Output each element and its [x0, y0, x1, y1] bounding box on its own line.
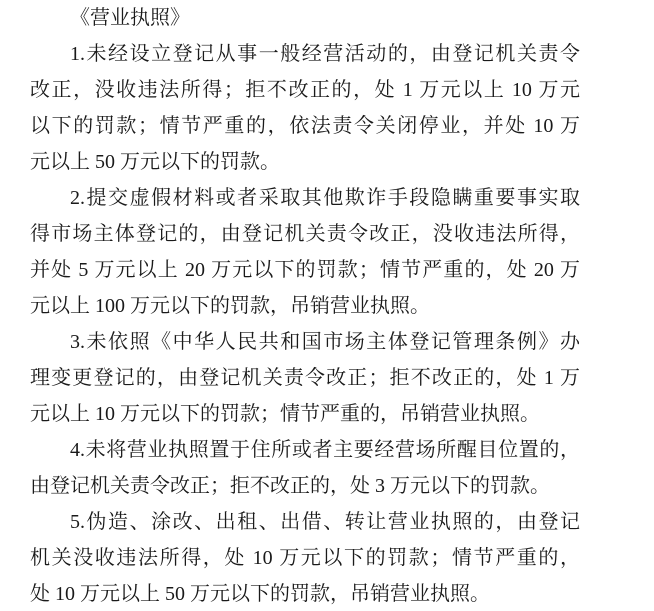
text-line: 元以上 50 万元以下的罚款。: [30, 144, 580, 180]
text-line: 5.伪造、涂改、出租、出借、转让营业执照的，由登记: [30, 504, 580, 540]
text-line: 处 10 万元以上 50 万元以下的罚款，吊销营业执照。: [30, 576, 580, 611]
text-line: 2.提交虚假材料或者采取其他欺诈手段隐瞒重要事实取: [30, 180, 580, 216]
text-line: 3.未依照《中华人民共和国市场主体登记管理条例》办: [30, 324, 580, 360]
text-line: 得市场主体登记的，由登记机关责令改正，没收违法所得，: [30, 216, 580, 252]
text-line: 元以上 10 万元以下的罚款；情节严重的，吊销营业执照。: [30, 396, 580, 432]
document-title: 《营业执照》: [30, 0, 580, 36]
text-line: 元以上 100 万元以下的罚款，吊销营业执照。: [30, 288, 580, 324]
text-line: 4.未将营业执照置于住所或者主要经营场所醒目位置的，: [30, 432, 580, 468]
text-line: 由登记机关责令改正；拒不改正的，处 3 万元以下的罚款。: [30, 468, 580, 504]
text-line: 并处 5 万元以上 20 万元以下的罚款；情节严重的，处 20 万: [30, 252, 580, 288]
text-line: 机关没收违法所得，处 10 万元以下的罚款；情节严重的，: [30, 540, 580, 576]
document-page: 《营业执照》 1.未经设立登记从事一般经营活动的，由登记机关责令 改正，没收违法…: [0, 0, 654, 611]
text-line: 改正，没收违法所得；拒不改正的，处 1 万元以上 10 万元: [30, 72, 580, 108]
text-line: 1.未经设立登记从事一般经营活动的，由登记机关责令: [30, 36, 580, 72]
text-line: 以下的罚款；情节严重的，依法责令关闭停业，并处 10 万: [30, 108, 580, 144]
text-line: 理变更登记的，由登记机关责令改正；拒不改正的，处 1 万: [30, 360, 580, 396]
